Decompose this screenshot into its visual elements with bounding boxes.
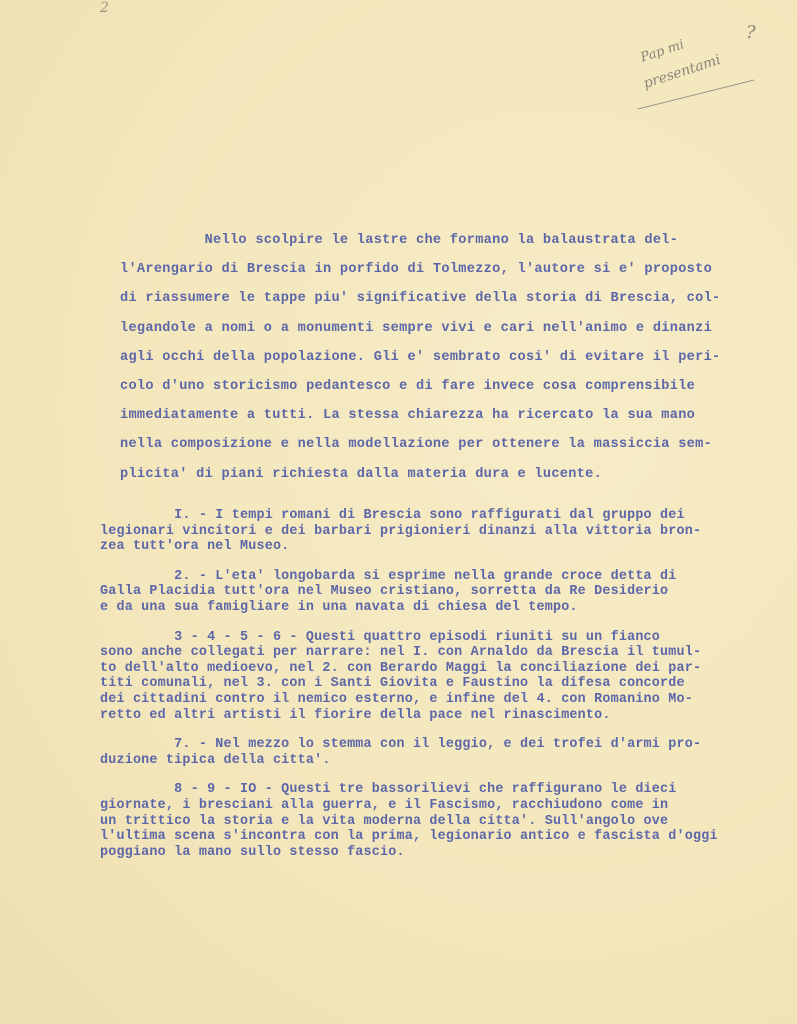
- handwritten-annotation: Pap mi presentami ?: [636, 22, 786, 122]
- item-line: l'ultima scena s'incontra con la prima, …: [100, 829, 760, 845]
- item-line: duzione tipica della citta'.: [100, 753, 760, 769]
- intro-paragraph: Nello scolpire le lastre che formano la …: [120, 226, 750, 489]
- item-line: giornate, i bresciani alla guerra, e il …: [100, 798, 760, 814]
- item-line: 8 - 9 - IO - Questi tre bassorilievi che…: [100, 782, 760, 798]
- item-line: titi comunali, nel 3. con i Santi Giovit…: [100, 676, 760, 692]
- item-line: poggiano la mano sullo stesso fascio.: [100, 845, 760, 861]
- item-line: sono anche collegati per narrare: nel I.…: [100, 645, 760, 661]
- intro-line: agli occhi della popolazione. Gli e' sem…: [120, 343, 750, 372]
- item-line: un trittico la storia e la vita moderna …: [100, 814, 760, 830]
- intro-line: l'Arengario di Brescia in porfido di Tol…: [120, 255, 750, 284]
- item-2-lombard: 2. - L'eta' longobarda si esprime nella …: [100, 569, 760, 616]
- intro-line: colo d'uno storicismo pedantesco e di fa…: [120, 372, 750, 401]
- intro-line: di riassumere le tappe piu' significativ…: [120, 284, 750, 313]
- intro-line: plicita' di piani richiesta dalla materi…: [120, 460, 750, 489]
- annotation-line-1: Pap mi: [639, 37, 686, 65]
- item-line: 7. - Nel mezzo lo stemma con il leggio, …: [100, 737, 760, 753]
- intro-line: nella composizione e nella modellazione …: [120, 430, 750, 459]
- item-line: to dell'alto medioevo, nel 2. con Berard…: [100, 661, 760, 677]
- item-line: Galla Placidia tutt'ora nel Museo cristi…: [100, 584, 760, 600]
- item-8-10-bas-reliefs: 8 - 9 - IO - Questi tre bassorilievi che…: [100, 782, 760, 860]
- item-1-roman: I. - I tempi romani di Brescia sono raff…: [100, 508, 760, 555]
- item-line: 3 - 4 - 5 - 6 - Questi quattro episodi r…: [100, 630, 760, 646]
- item-3-6-episodes: 3 - 4 - 5 - 6 - Questi quattro episodi r…: [100, 630, 760, 724]
- intro-line: legandole a nomi o a monumenti sempre vi…: [120, 314, 750, 343]
- annotation-question-mark: ?: [746, 22, 756, 43]
- panel-descriptions: I. - I tempi romani di Brescia sono raff…: [100, 508, 760, 874]
- intro-line: Nello scolpire le lastre che formano la …: [120, 226, 750, 255]
- item-line: legionari vincitori e dei barbari prigio…: [100, 524, 760, 540]
- item-line: 2. - L'eta' longobarda si esprime nella …: [100, 569, 760, 585]
- item-line: dei cittadini contro il nemico esterno, …: [100, 692, 760, 708]
- item-7-coat-of-arms: 7. - Nel mezzo lo stemma con il leggio, …: [100, 737, 760, 768]
- item-line: I. - I tempi romani di Brescia sono raff…: [100, 508, 760, 524]
- item-line: retto ed altri artisti il fiorire della …: [100, 708, 760, 724]
- item-line: zea tutt'ora nel Museo.: [100, 539, 760, 555]
- intro-line: immediatamente a tutti. La stessa chiare…: [120, 401, 750, 430]
- page-corner-mark: 2: [100, 0, 109, 16]
- item-line: e da una sua famigliare in una navata di…: [100, 600, 760, 616]
